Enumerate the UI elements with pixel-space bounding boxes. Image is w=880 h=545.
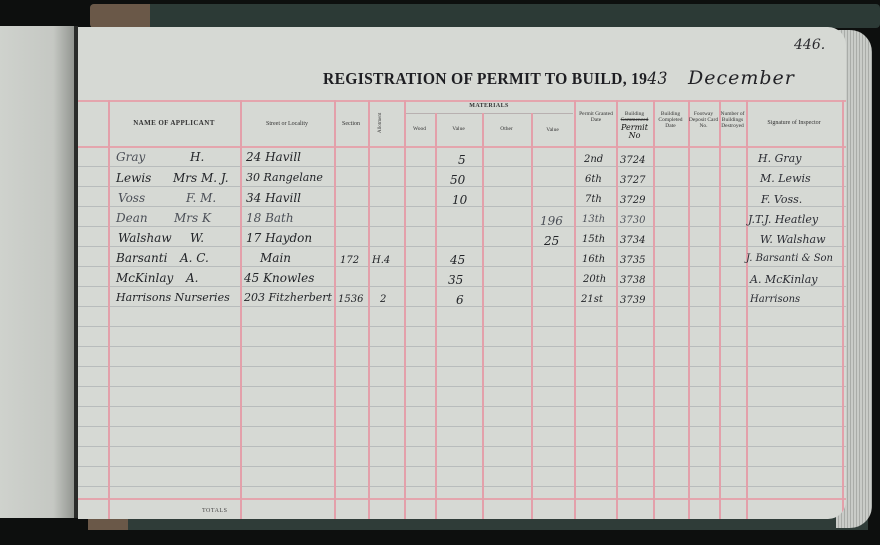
header-signature: Signature of Inspector xyxy=(746,120,842,126)
row-5-surname: Walshaw xyxy=(118,231,172,245)
row-2-date: 6th xyxy=(585,174,602,185)
rule-line xyxy=(78,486,846,487)
page-title: REGISTRATION OF PERMIT TO BUILD, 1943 xyxy=(323,69,668,89)
row-5-street: 17 Haydon xyxy=(246,231,312,245)
rule-line xyxy=(78,446,846,447)
header-footway: Footway Deposit Card No. xyxy=(688,112,719,129)
rule-col xyxy=(616,100,618,519)
rule-col xyxy=(688,100,690,519)
row-4-given: Mrs K xyxy=(174,211,211,225)
row-8-date: 21st xyxy=(581,294,603,305)
header-other-value: Value xyxy=(531,128,574,134)
row-7-given: A. xyxy=(186,271,198,285)
row-7-street: 45 Knowles xyxy=(244,271,314,285)
rule-line xyxy=(78,466,846,467)
row-3-given: F. M. xyxy=(186,191,216,205)
title-year: 43 xyxy=(647,69,667,89)
row-5-permit-no: 3734 xyxy=(620,235,645,246)
row-5-given: W. xyxy=(190,231,204,245)
row-3-wood-value: 10 xyxy=(452,193,467,207)
row-5-signature: W. Walshaw xyxy=(760,233,826,246)
header-allotment: Allotment xyxy=(378,108,383,138)
row-8-allotment: 2 xyxy=(380,294,386,305)
row-3-street: 34 Havill xyxy=(246,191,301,205)
row-6-signature: J. Barsanti & Son xyxy=(746,253,833,264)
row-1-signature: H. Gray xyxy=(758,152,801,165)
rule-col xyxy=(108,100,110,519)
title-month: December xyxy=(688,67,795,89)
row-1-street: 24 Havill xyxy=(246,150,301,164)
rule-line xyxy=(78,386,846,387)
row-4-date: 13th xyxy=(582,214,605,225)
header-completed: Building Completed Date xyxy=(653,112,688,129)
row-8-street: 203 Fitzherbert xyxy=(244,291,332,304)
title-text: REGISTRATION OF PERMIT TO BUILD, 19 xyxy=(323,69,647,88)
row-4-street: 18 Bath xyxy=(246,211,294,225)
row-2-surname: Lewis xyxy=(116,171,151,185)
ledger-table: NAME OF APPLICANT Street or Locality Sec… xyxy=(78,100,846,519)
rule-col xyxy=(653,100,655,519)
header-destroyed: Number of Buildings Destroyed xyxy=(719,112,746,129)
row-6-surname: Barsanti xyxy=(116,251,167,265)
totals-label: TOTALS xyxy=(202,508,227,514)
row-4-surname: Dean xyxy=(116,211,148,225)
rule-line xyxy=(78,406,846,407)
row-6-street: Main xyxy=(260,251,291,265)
row-2-street: 30 Rangelane xyxy=(246,171,323,184)
row-4-other-value: 196 xyxy=(540,214,563,228)
row-1-given: H. xyxy=(190,150,204,164)
row-1-permit-no: 3724 xyxy=(620,155,645,166)
row-3-permit-no: 3729 xyxy=(620,195,645,206)
header-name: NAME OF APPLICANT xyxy=(108,120,240,127)
header-section: Section xyxy=(334,121,368,127)
row-7-signature: A. McKinlay xyxy=(750,273,817,286)
row-3-surname: Voss xyxy=(118,191,145,205)
row-2-permit-no: 3727 xyxy=(620,175,645,186)
rule-line xyxy=(78,246,846,247)
rule-materials-split xyxy=(405,113,573,114)
row-5-date: 15th xyxy=(582,234,605,245)
row-6-section: 172 xyxy=(340,255,359,266)
rule-line xyxy=(78,346,846,347)
row-1-surname: Gray xyxy=(116,150,145,164)
header-permit-no-struck: Commenced xyxy=(621,117,649,123)
page-number: 446. xyxy=(794,37,825,53)
rule-line xyxy=(78,366,846,367)
row-7-surname: McKinlay xyxy=(116,271,173,285)
row-6-given: A. C. xyxy=(180,251,209,265)
row-6-allotment: H.4 xyxy=(372,255,390,266)
rule-col xyxy=(574,100,576,519)
rule-col xyxy=(404,100,406,519)
row-2-wood-value: 50 xyxy=(450,173,465,187)
rule-col xyxy=(482,113,484,519)
left-page xyxy=(0,26,76,518)
header-street: Street or Locality xyxy=(240,121,334,127)
rule-col xyxy=(240,100,242,519)
row-8-section: 1536 xyxy=(338,294,363,305)
row-6-wood-value: 45 xyxy=(450,253,465,267)
row-4-signature: J.T.J. Heatley xyxy=(748,213,818,226)
row-1-wood-value: 5 xyxy=(458,153,466,167)
rule-col xyxy=(435,113,437,519)
row-5-other-value: 25 xyxy=(544,234,559,248)
rule-totals-top xyxy=(78,498,846,500)
rule-col xyxy=(746,100,748,519)
header-permit-no: Building Commenced Permit No xyxy=(616,112,653,140)
header-permit-no-handwritten: Permit No xyxy=(616,124,653,141)
rule-col xyxy=(531,113,533,519)
rule-line xyxy=(78,226,846,227)
book-spine-corner xyxy=(90,4,150,28)
row-6-date: 16th xyxy=(582,254,605,265)
row-3-signature: F. Voss. xyxy=(761,193,802,206)
row-3-date: 7th xyxy=(585,194,602,205)
row-8-signature: Harrisons xyxy=(750,294,800,305)
rule-col xyxy=(719,100,721,519)
row-7-date: 20th xyxy=(583,274,606,285)
rule-header-bottom xyxy=(78,146,846,148)
header-wood-value: Value xyxy=(435,127,482,133)
row-6-permit-no: 3735 xyxy=(620,255,645,266)
header-materials: MATERIALS xyxy=(404,103,574,109)
row-4-permit-no: 3730 xyxy=(620,215,645,226)
header-permit-granted: Permit Granted Date xyxy=(578,112,614,124)
row-8-permit-no: 3739 xyxy=(620,295,645,306)
book-cover-top xyxy=(90,4,880,28)
row-7-wood-value: 35 xyxy=(448,273,463,287)
row-2-given: Mrs M. J. xyxy=(173,171,229,185)
rule-col xyxy=(368,100,370,519)
row-2-signature: M. Lewis xyxy=(760,172,811,185)
rule-line xyxy=(78,326,846,327)
row-8-surname: Harrisons Nurseries xyxy=(116,291,230,304)
row-7-permit-no: 3738 xyxy=(620,275,645,286)
rule-col xyxy=(334,100,336,519)
row-8-wood-value: 6 xyxy=(456,293,464,307)
header-wood: Wood xyxy=(404,127,435,133)
ledger-page: 446. REGISTRATION OF PERMIT TO BUILD, 19… xyxy=(78,27,846,519)
row-1-date: 2nd xyxy=(584,154,603,165)
rule-line xyxy=(78,426,846,427)
rule-header-top xyxy=(78,100,846,102)
rule-col xyxy=(842,100,844,519)
header-other: Other xyxy=(482,127,531,133)
